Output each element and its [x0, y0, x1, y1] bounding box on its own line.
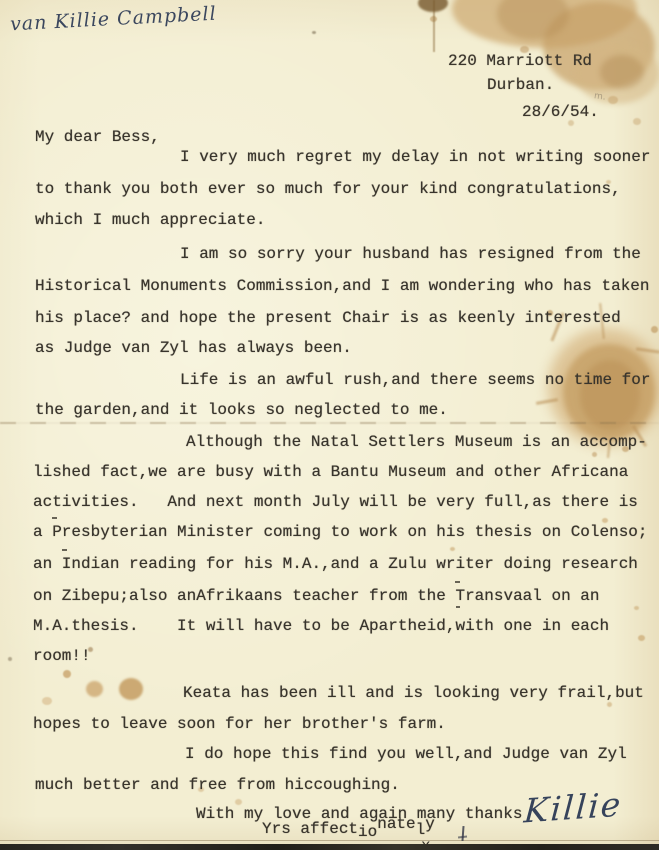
valediction-part: y	[425, 815, 435, 833]
stain-speck	[608, 96, 618, 104]
stain-speck	[312, 31, 316, 34]
letter-line: Historical Monuments Commission,and I am…	[35, 278, 650, 295]
letter-line: much better and free from hiccoughing.	[35, 777, 400, 794]
letter-line: I do hope this find you well,and Judge v…	[185, 746, 627, 763]
stain-speck	[633, 118, 641, 125]
letter-line: hopes to leave soon for her brother's fa…	[33, 716, 446, 733]
letter-line: room!!	[33, 648, 91, 665]
stain-speck	[42, 697, 52, 705]
letter-line: an Indian reading for his M.A.,and a Zul…	[33, 556, 638, 573]
handwritten-annotation: van Killie Campbell	[10, 3, 218, 36]
ink-tick-mark	[461, 826, 464, 841]
letter-line: a Presbyterian Minister coming to work o…	[33, 524, 648, 541]
signature: Killie	[523, 784, 624, 830]
letter-line: Life is an awful rush,and there seems no…	[180, 372, 650, 389]
top-edge-stain	[418, 0, 448, 12]
letter-line: M.A.thesis. It will have to be Apartheid…	[33, 618, 609, 635]
typewriter-artifact	[455, 581, 460, 583]
letter-line: on Zibepu;also anAfrikaans teacher from …	[33, 588, 600, 605]
stain-speck	[592, 452, 597, 457]
letter-line: I very much regret my delay in not writi…	[180, 149, 650, 166]
valediction-part: Yrs affect	[262, 820, 358, 838]
letter-line: which I much appreciate.	[35, 212, 265, 229]
stain-speck	[638, 635, 645, 641]
letter-line: the garden,and it looks so neglected to …	[35, 402, 448, 419]
letter-line: to thank you both ever so much for your …	[35, 181, 621, 198]
typewriter-artifact	[62, 549, 67, 551]
letter-line: as Judge van Zyl has always been.	[35, 340, 352, 357]
letter-line: activities. And next month July will be …	[33, 494, 638, 511]
stain-speck	[634, 606, 639, 610]
stain-speck	[8, 657, 12, 661]
letter-line: his place? and hope the present Chair is…	[35, 310, 621, 327]
stain-blob	[600, 55, 644, 89]
stain-speck	[607, 702, 612, 707]
letter-line: I am so sorry your husband has resigned …	[180, 246, 641, 263]
scanned-letter-page: van Killie Campbell 220 Marriott Rd Durb…	[0, 0, 659, 850]
stain-speck	[86, 681, 103, 697]
letter-line: lished fact,we are busy with a Bantu Mus…	[33, 464, 628, 481]
letter-line: Although the Natal Settlers Museum is an…	[186, 434, 647, 451]
typewriter-artifact	[456, 606, 460, 608]
address-line-2: Durban.	[487, 76, 554, 94]
stain-speck	[651, 326, 658, 333]
bottom-paper-edge-line	[0, 840, 659, 841]
date-line: 28/6/54.	[522, 103, 599, 121]
stain-speck	[63, 670, 71, 678]
horizontal-fold-crease	[0, 422, 659, 424]
stain-speck	[450, 547, 455, 551]
letter-line: My dear Bess,	[35, 129, 160, 146]
scan-bottom-edge	[0, 844, 659, 850]
stain-speck	[119, 678, 143, 700]
valediction-part: io	[358, 823, 377, 841]
address-line-1: 220 Marriott Rd	[448, 52, 592, 70]
valediction-part: nate	[377, 815, 415, 833]
typewriter-artifact	[52, 517, 57, 519]
valediction-line: Yrs affectionately	[262, 820, 435, 838]
letter-line: Keata has been ill and is looking very f…	[183, 685, 644, 702]
pencil-mark: m.	[593, 91, 606, 103]
